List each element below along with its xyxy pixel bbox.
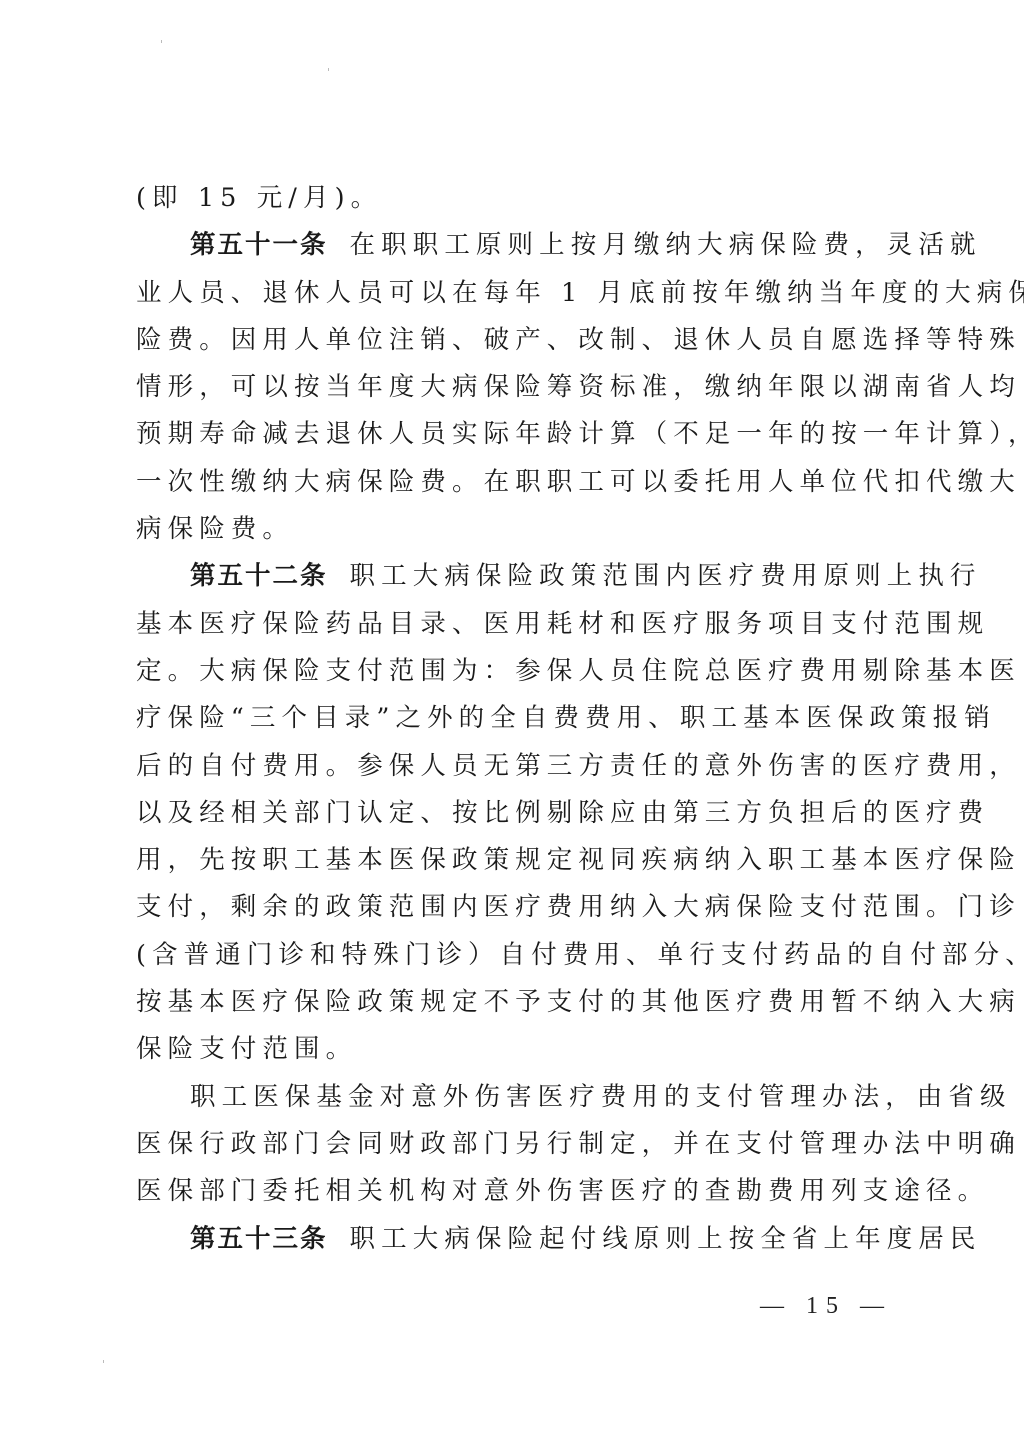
- text-line: 险费。因用人单位注销、破产、改制、退休人员自愿选择等特殊: [136, 317, 892, 364]
- paragraph-start-line: 职工医保基金对意外伤害医疗费用的支付管理办法，由省级: [136, 1074, 892, 1121]
- scan-speck: [103, 1360, 104, 1363]
- text-line: 疗保险“三个目录”之外的全自费费用、职工基本医保政策报销: [136, 695, 892, 742]
- text-line: 情形，可以按当年度大病保险筹资标准，缴纳年限以湖南省人均: [136, 364, 892, 411]
- document-body: (即 15 元/月)。 第五十一条在职职工原则上按月缴纳大病保险费，灵活就 业人…: [136, 175, 892, 1263]
- text-span: 职工大病保险起付线原则上按全省上年度居民: [350, 1224, 982, 1254]
- text-span: 职工大病保险政策范围内医疗费用原则上执行: [350, 561, 982, 591]
- text-line: 按基本医疗保险政策规定不予支付的其他医疗费用暂不纳入大病: [136, 979, 892, 1026]
- scan-speck: [161, 40, 162, 43]
- text-line: 业人员、退休人员可以在每年 1 月底前按年缴纳当年度的大病保: [136, 270, 892, 317]
- article-heading: 第五十三条: [190, 1224, 328, 1254]
- article-53-line: 第五十三条职工大病保险起付线原则上按全省上年度居民: [136, 1216, 892, 1263]
- text-line: 支付，剩余的政策范围内医疗费用纳入大病保险支付范围。门诊: [136, 884, 892, 931]
- text-line: 定。大病保险支付范围为：参保人员住院总医疗费用剔除基本医: [136, 648, 892, 695]
- article-heading: 第五十二条: [190, 561, 328, 591]
- page-number: — 15 —: [760, 1293, 892, 1320]
- text-line: 用，先按职工基本医保政策规定视同疾病纳入职工基本医疗保险: [136, 837, 892, 884]
- text-line: 医保部门委托相关机构对意外伤害医疗的查勘费用列支途径。: [136, 1168, 892, 1215]
- text-line: 以及经相关部门认定、按比例剔除应由第三方负担后的医疗费: [136, 790, 892, 837]
- article-51-line: 第五十一条在职职工原则上按月缴纳大病保险费，灵活就: [136, 222, 892, 269]
- text-line: (即 15 元/月)。: [136, 175, 892, 222]
- text-line: 后的自付费用。参保人员无第三方责任的意外伤害的医疗费用，: [136, 743, 892, 790]
- text-line: 保险支付范围。: [136, 1026, 892, 1073]
- text-line: (含普通门诊和特殊门诊）自付费用、单行支付药品的自付部分、: [136, 932, 892, 979]
- text-line: 基本医疗保险药品目录、医用耗材和医疗服务项目支付范围规: [136, 601, 892, 648]
- text-line: 预期寿命减去退休人员实际年龄计算（不足一年的按一年计算），: [136, 411, 892, 458]
- text-line: 医保行政部门会同财政部门另行制定，并在支付管理办法中明确: [136, 1121, 892, 1168]
- text-span: 在职职工原则上按月缴纳大病保险费，灵活就: [350, 230, 982, 260]
- scan-speck: [328, 68, 329, 71]
- article-52-line: 第五十二条职工大病保险政策范围内医疗费用原则上执行: [136, 553, 892, 600]
- article-heading: 第五十一条: [190, 230, 328, 260]
- text-line: 一次性缴纳大病保险费。在职职工可以委托用人单位代扣代缴大: [136, 459, 892, 506]
- text-line: 病保险费。: [136, 506, 892, 553]
